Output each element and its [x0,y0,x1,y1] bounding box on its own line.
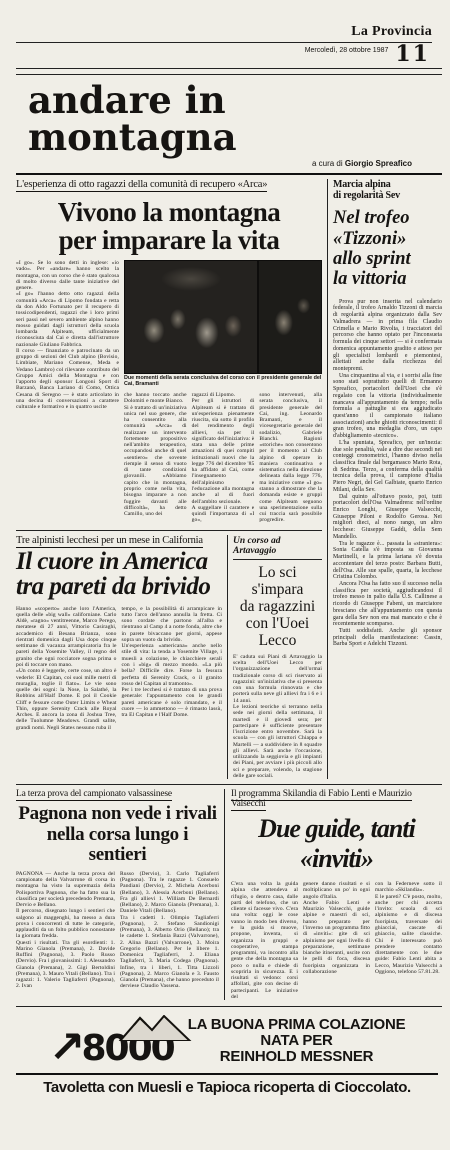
sci-body: E' caduta sui Piani di Artavaggio la sce… [233,654,322,779]
article-photo [124,260,322,374]
tizzoni-paragraph: Tutti soddisfatti. Anche gli sponsor pri… [333,628,442,648]
pagnona-kicker: La terza prova del campionato valsassine… [16,789,219,799]
main-article-column-4: sono intervenuti, alla serata conclusiva… [259,392,322,524]
photo-right-frame [259,261,321,373]
section-rule [16,173,442,175]
ad-slogan: Tavoletta con Muesli e Tapioca ricoperta… [16,1079,438,1096]
ad-rule [16,1073,438,1075]
main-article-column-2: che hanno toccato anche Dolomiti e monte… [124,392,187,524]
skilandia-article: Il programma Skilandia di Fabio Lenti e … [224,789,442,1000]
skilandia-column-3: con la Federneve sotto il marchio «Skila… [375,881,442,1000]
tizzoni-paragraph: L'ha spuntata, Spreafico, per un'inezia:… [333,440,442,494]
ad-logo: ↗ 8000 [49,1019,174,1064]
arrow-up-right-icon: ↗ [49,1031,82,1064]
sci-article: Un corso ad Artavaggio Lo sci s'impara d… [227,535,322,780]
tizzoni-paragraph: Dal quinto all'ottavo posto, poi, tutti … [333,494,442,541]
skilandia-column-1: C'era una volta la guida alpina che atte… [231,881,298,1000]
banner-rule [16,68,442,75]
newspaper-page: La Provincia Mercoledì, 28 ottobre 1987 … [0,0,450,1150]
date: Mercoledì, 28 ottobre 1987 [305,47,389,54]
main-article-column-1: «I go». Se lo sono detti in inglese: «io… [16,260,119,523]
pagnona-headline: Pagnona non vede i rivali nella corsa lu… [16,804,219,866]
tizzoni-paragraph: Ancora l'Osa ha fatto suo il successo ne… [333,581,442,628]
pagnona-column-1: PAGNONA — Anche la terza prova del campi… [16,871,115,990]
america-column-2: tempo, e la possibilità di arrampicare i… [122,606,223,731]
skilandia-headline: Due guide, tanti «inviti» [231,814,442,874]
byline-prefix: a cura di [312,159,343,168]
banner-title: andare in montagna [16,75,442,156]
tizzoni-headline: Nel trofeo «Tizzoni» allo sprint la vitt… [333,208,442,289]
pagnona-article: La terza prova del campionato valsassine… [16,789,224,1000]
mountain-icon [118,1015,192,1041]
main-kicker: L'esperienza di otto ragazzi della comun… [16,179,322,190]
america-headline: Il cuore in America tra pareti da brivid… [16,549,222,600]
advertisement: ↗ 8000 LA BUONA PRIMA COLAZIONE NATA PER… [16,1006,442,1096]
main-headline: Vivono la montagna per imparare la vita [16,198,322,254]
america-kicker: Tre alpinisti lecchesi per un mese in Ca… [16,535,222,546]
masthead: La Provincia Mercoledì, 28 ottobre 1987 … [16,24,442,65]
photo-caption: Due momenti della serata conclusiva del … [124,376,322,388]
main-article-column-3: ragazzi di Lipomo. Per gli istruttori di… [192,392,255,524]
tizzoni-paragraph: Tra le ragazze è... passata la «stranier… [333,541,442,581]
sci-kicker: Un corso ad Artavaggio [233,535,322,560]
america-column-1: Hanno «scoperto» anche loro l'America, q… [16,606,117,731]
photo-left-frame [125,261,257,373]
skilandia-kicker: Il programma Skilandia di Fabio Lenti e … [231,789,442,809]
tizzoni-paragraph: Prova pur non inserita nel calendario fe… [333,299,442,373]
ad-headline: LA BUONA PRIMA COLAZIONE NATA PER REINHO… [188,1017,406,1065]
tizzoni-body: Prova pur non inserita nel calendario fe… [333,299,442,648]
tizzoni-paragraph: Una cinquantina al via, e i sorrisi alla… [333,373,442,440]
skilandia-column-2: genere danno risultati e si moltiplicano… [303,881,370,1000]
paper-name: La Provincia [16,24,432,40]
byline-name: Giorgio Spreafico [345,159,412,168]
pagnona-column-2: Russo (Dervio), 3. Carlo Tagliaferri (Pa… [120,871,219,990]
tizzoni-kicker: Marcia alpina di regolarità Sev [333,179,442,201]
sci-headline: Lo sci s'impara da ragazzini con l'Uoei … [233,564,322,649]
page-number: 11 [395,43,430,65]
america-article: Tre alpinisti lecchesi per un mese in Ca… [16,535,227,780]
tizzoni-article: Marcia alpina di regolarità Sev Nel trof… [327,179,442,779]
